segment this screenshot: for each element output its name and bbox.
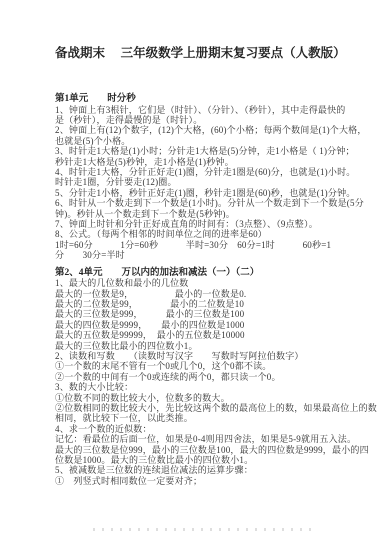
text-line: 相同，就比较下一位，以此类推。 xyxy=(55,413,358,423)
text-line: 位数是1000。最大的三位数比最小的四位数小1。 xyxy=(55,455,358,465)
text-line: 5、被减数是三位数的连续退位减法的运算步骤： xyxy=(55,465,358,475)
document-title: 备战期末 三年级数学上册期末复习要点（人教版） xyxy=(55,46,358,61)
text-line: ②一个数的中间有一个0或连续的两个0，都只读一个0。 xyxy=(55,372,358,382)
footer-watermark xyxy=(93,528,311,531)
text-line: 最大的三位数是999， 最小的三位数是100 xyxy=(55,309,358,319)
text-line: 3、数的大小比较： xyxy=(55,382,358,392)
text-line: 最大的一位数是9， 最小的一位数是0. xyxy=(55,289,358,299)
text-line: ① 列竖式时相同数位一定要对齐； xyxy=(55,476,358,486)
text-line: 钟)。秒针从一个数走到下一个数是(5秒钟)。 xyxy=(55,209,358,219)
text-line: 时针走1圈，分针要走(12)圈。 xyxy=(55,177,358,187)
text-line: 记忆：看最位的后面一位，如果是0-4则用四舍法，如果是5-9就用五入法。 xyxy=(55,434,358,444)
document-content: 备战期末 三年级数学上册期末复习要点（人教版） 第1单元 时分秒 1、钟面上有3… xyxy=(0,0,382,486)
section-time-minutes-seconds: 第1单元 时分秒 1、钟面上有3根针，它们是（时针）、（分针）、（秒针），其中走… xyxy=(55,94,358,261)
text-line: 1、钟面上有3根针，它们是（时针）、（分针）、（秒针），其中走得最快的 xyxy=(55,105,358,115)
text-line: 6、时针从一个数走到下一个数是(1小时)。分针从一个数走到下一个数是(5分 xyxy=(55,198,358,208)
text-line: 2、读数和写数 （读数时写汉字 写数时写阿拉伯数字） xyxy=(55,351,358,361)
text-line: 是（秒针），走得最慢的是（时针）。 xyxy=(55,115,358,125)
section-addition-subtraction: 第2、4单元 万以内的加法和减法（一）（二） 1、最大的几位数和最小的几位数 最… xyxy=(55,268,358,487)
text-line: 最大的二位数是99， 最小的二位数是10 xyxy=(55,299,358,309)
section-2-heading: 第2、4单元 万以内的加法和减法（一）（二） xyxy=(55,268,358,279)
text-line: ②位数相同的数比较大小，先比较这两个数的最高位上的数，如果最高位上的数 xyxy=(55,403,358,413)
text-line: 2、钟面上有(12)个数字，(12)个大格，(60)个小格；每两个数间是(1)个… xyxy=(55,125,358,135)
text-line: 最大的五位数是99999， 最小的五位数是10000 xyxy=(55,330,358,340)
text-line: 最大的三位数比最小的四位数小1。 xyxy=(55,341,358,351)
text-line: 也就是(5)个小格。 xyxy=(55,136,358,146)
text-line: 最大的三位数是位999，最小的三位数是100，最大的四位数是9999，最小的四 xyxy=(55,445,358,455)
text-line: 8、公式。（每两个相邻的时间单位之间的进率是60） xyxy=(55,229,358,239)
text-line: 1、最大的几位数和最小的几位数 xyxy=(55,278,358,288)
text-line: 3、时针走1大格是(1)小时；分针走1大格是(5)分钟，走1小格是（ 1)分钟； xyxy=(55,146,358,156)
text-line: 1时=60分 1分=60秒 半时=30分 60分=1时 60秒=1 xyxy=(55,240,358,250)
document-page: 备战期末 三年级数学上册期末复习要点（人教版） 第1单元 时分秒 1、钟面上有3… xyxy=(0,0,382,540)
text-line: 最大的四位数是9999， 最小的四位数是1000 xyxy=(55,320,358,330)
section-1-heading: 第1单元 时分秒 xyxy=(55,94,358,105)
text-line: 秒针走1大格是(5)秒钟，走1小格是(1)秒钟。 xyxy=(55,157,358,167)
text-line: 4、求一个数的近似数： xyxy=(55,424,358,434)
text-line: ①位数不同的数比较大小，位数多的数大。 xyxy=(55,393,358,403)
text-line: ①一个数的末尾不管有一个0或几个0，这个0都不读。 xyxy=(55,361,358,371)
text-line: 分 30分=半时 xyxy=(55,250,358,260)
text-line: 5、分针走1小格，秒针正好走(1)圈，秒针走1圈是(60)秒，也就是(1)分钟。 xyxy=(55,188,358,198)
text-line: 7、钟面上时针和分针正好成直角的时间有：（3点整）、（9点整）。 xyxy=(55,219,358,229)
text-line: 4、时针走1大格，分针正好走(1)圈，分针走1圈是(60)分，也就是(1)小时。 xyxy=(55,167,358,177)
